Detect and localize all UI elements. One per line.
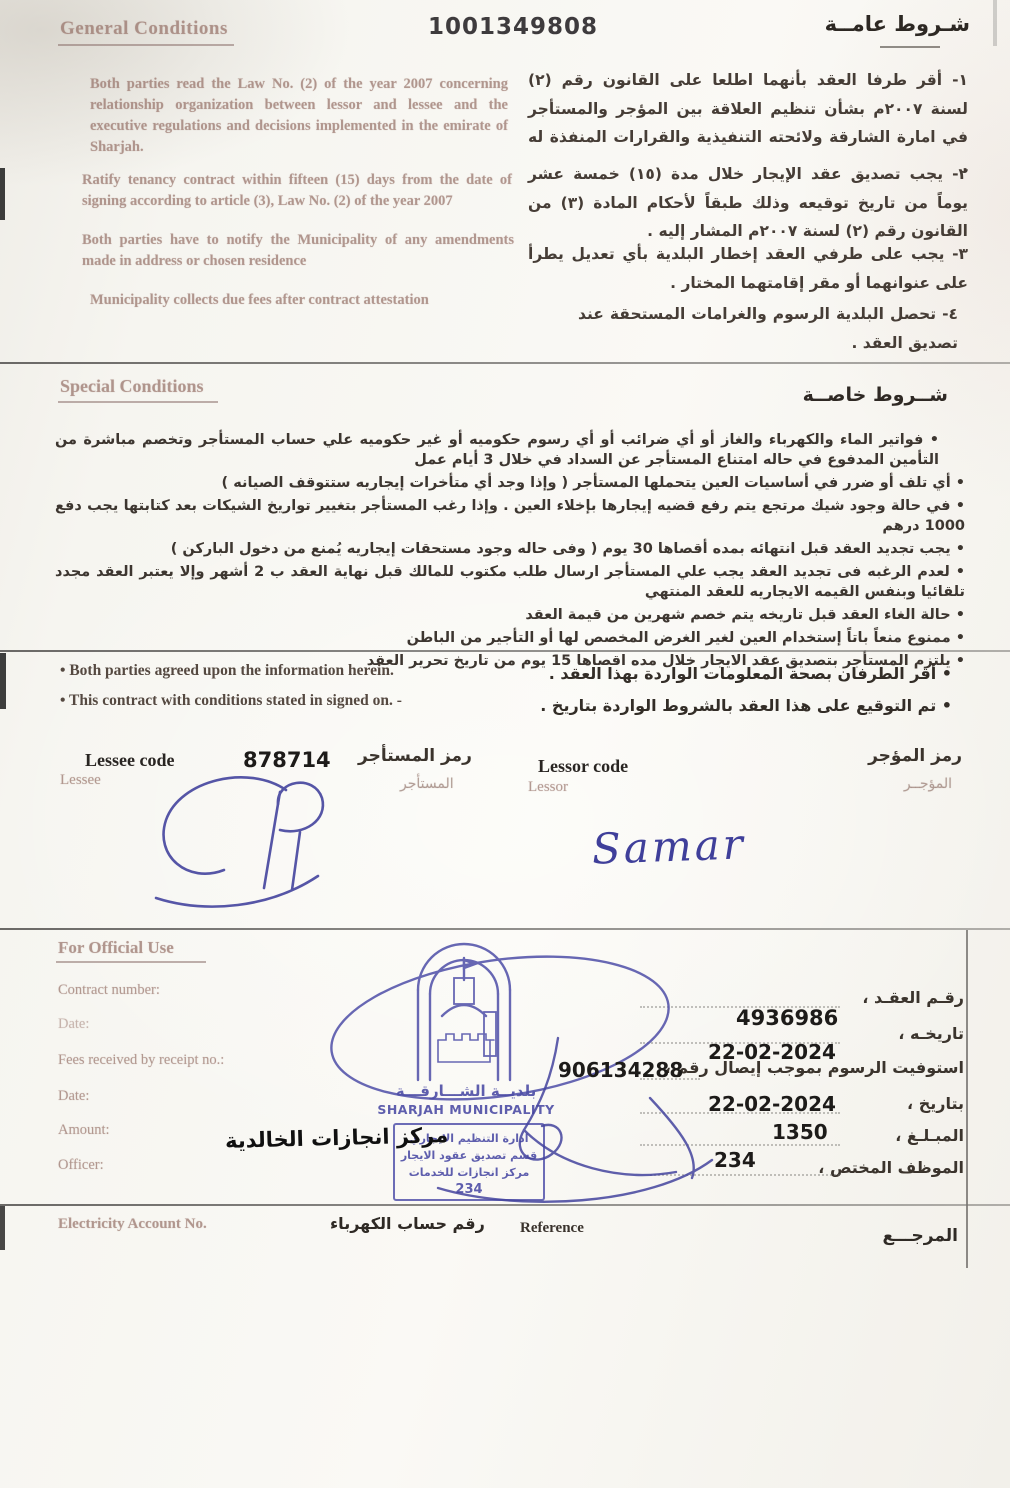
receipt-date-value: 22-02-2024: [708, 1092, 836, 1116]
electricity-account-label-ar: رقم حساب الكهرباء: [330, 1214, 485, 1233]
title-underline-ar: [880, 46, 940, 48]
agreement-statement-en: Both parties agreed upon the information…: [60, 662, 394, 680]
scan-edge-mark: [0, 653, 6, 709]
general-conditions-title-en: General Conditions: [60, 18, 228, 40]
special-conditions-title-en: Special Conditions: [60, 376, 204, 397]
official-use-title: For Official Use: [58, 938, 174, 958]
gc-en-item: Municipality collects due fees after con…: [90, 290, 510, 311]
scanned-tenancy-contract-page: General Conditions 1001349808 شـروط عامـ…: [0, 0, 1010, 1488]
gc-ar-item: ٣- يجب على طرفي العقد إخطار البلدية بأي …: [528, 240, 968, 297]
lessee-ghost-label: Lessee: [60, 772, 101, 789]
official-label-en: Officer:: [58, 1157, 104, 1174]
sc-item: حالة الغاء العقد قبل تاريخه يتم خصم شهري…: [55, 605, 965, 625]
sc-item: لعدم الرغبه فى تجديد العقد يجب علي المست…: [55, 562, 965, 602]
gc-en-item: Both parties have to notify the Municipa…: [82, 230, 514, 272]
stamp-center: مركز انجازات للخدمات: [409, 1166, 530, 1179]
lessor-code-label-ar: رمز المؤجر: [868, 746, 962, 766]
special-conditions-list: فواتير الماء والكهرباء والغاز أو أي ضرائ…: [55, 430, 965, 674]
electricity-account-label-en: Electricity Account No.: [58, 1216, 207, 1233]
sc-item: أي تلف أو ضرر في أساسيات العين يتحملها ا…: [55, 473, 965, 493]
reference-label-en: Reference: [520, 1220, 584, 1237]
scan-edge-mark: [0, 1206, 5, 1250]
reference-label-ar: المرجـــع: [883, 1226, 958, 1246]
agreement-statement-ar: أقر الطرفان بصحة المعلومات الواردة بهذا …: [549, 664, 952, 683]
right-margin-line: [966, 930, 968, 1268]
special-title-underline: [58, 401, 218, 403]
lessee-ghost-label-ar: المستأجر: [400, 776, 454, 792]
section-divider: [0, 1204, 1010, 1206]
lessor-signature-handwriting: Samar: [591, 819, 746, 873]
lessee-signature-icon: [128, 762, 343, 912]
lessor-ghost-label: Lessor: [528, 779, 568, 796]
official-label-ar: بتاريخ ،: [907, 1094, 964, 1113]
scan-edge-mark: [993, 0, 997, 46]
section-divider: [0, 650, 1010, 652]
sc-item: يجب تجديد العقد قبل انتهائه بمده أقصاها …: [55, 539, 965, 559]
official-label-en: Amount:: [58, 1122, 110, 1139]
official-label-ar: تاريخـه ،: [898, 1024, 964, 1043]
stamp-org-ar: بلديــة الشـــارقـــة: [396, 1082, 537, 1100]
title-underline: [58, 44, 234, 46]
gc-en-item: Ratify tenancy contract within fifteen (…: [82, 170, 512, 212]
stamp-org-en: SHARJAH MUNICIPALITY: [377, 1102, 555, 1117]
agreement-statement-ar: تم التوقيع على هذا العقد بالشروط الواردة…: [540, 696, 952, 715]
scan-edge-mark: [0, 168, 5, 220]
sc-item: ممنوع منعاً باتاً إستخدام العين لغير الغ…: [55, 628, 965, 648]
sc-item: في حالة وجود شيك مرتجع يتم رفع قضيه إيجا…: [55, 496, 965, 536]
stamp-section: قسم تصديق عقود الايجار: [400, 1149, 537, 1162]
official-label-en: Date:: [58, 1088, 89, 1105]
sc-item: فواتير الماء والكهرباء والغاز أو أي ضرائ…: [55, 430, 965, 470]
officer-value: 234: [714, 1148, 756, 1172]
contract-date-value: 22-02-2024: [708, 1040, 836, 1064]
gc-en-item: Both parties read the Law No. (2) of the…: [90, 74, 508, 158]
gc-ar-item: ٢- يجب تصديق عقد الإيجار خلال مدة (١٥) خ…: [528, 160, 968, 246]
contract-number-value: 4936986: [736, 1006, 838, 1030]
official-label-ar: رقـم العقـد ،: [862, 988, 964, 1007]
section-divider: [0, 362, 1010, 364]
lessee-code-label-ar: رمز المستأجر: [358, 746, 472, 766]
official-title-underline: [56, 961, 206, 963]
general-conditions-title-ar: شـروط عامــة: [825, 12, 970, 36]
agreement-statement-en: This contract with conditions stated in …: [60, 692, 402, 710]
amount-value: 1350: [772, 1120, 828, 1144]
official-label-en: Contract number:: [58, 982, 160, 999]
official-label-en: Fees received by receipt no.:: [58, 1052, 224, 1069]
official-label-ar: المبـلـغ ،: [895, 1126, 964, 1145]
gc-ar-item: ٤- تحصل البلدية الرسوم والغرامات المستحق…: [578, 300, 958, 357]
official-label-ar: الموظف المختص ،: [818, 1158, 964, 1177]
receipt-number-value: 906134288: [558, 1058, 683, 1082]
official-label-en: Date:: [58, 1016, 89, 1033]
special-conditions-title-ar: شــروط خاصــة: [803, 384, 948, 406]
lessor-ghost-label-ar: المؤجــر: [904, 776, 952, 792]
lessor-code-label: Lessor code: [538, 756, 628, 777]
document-number: 1001349808: [428, 14, 598, 40]
